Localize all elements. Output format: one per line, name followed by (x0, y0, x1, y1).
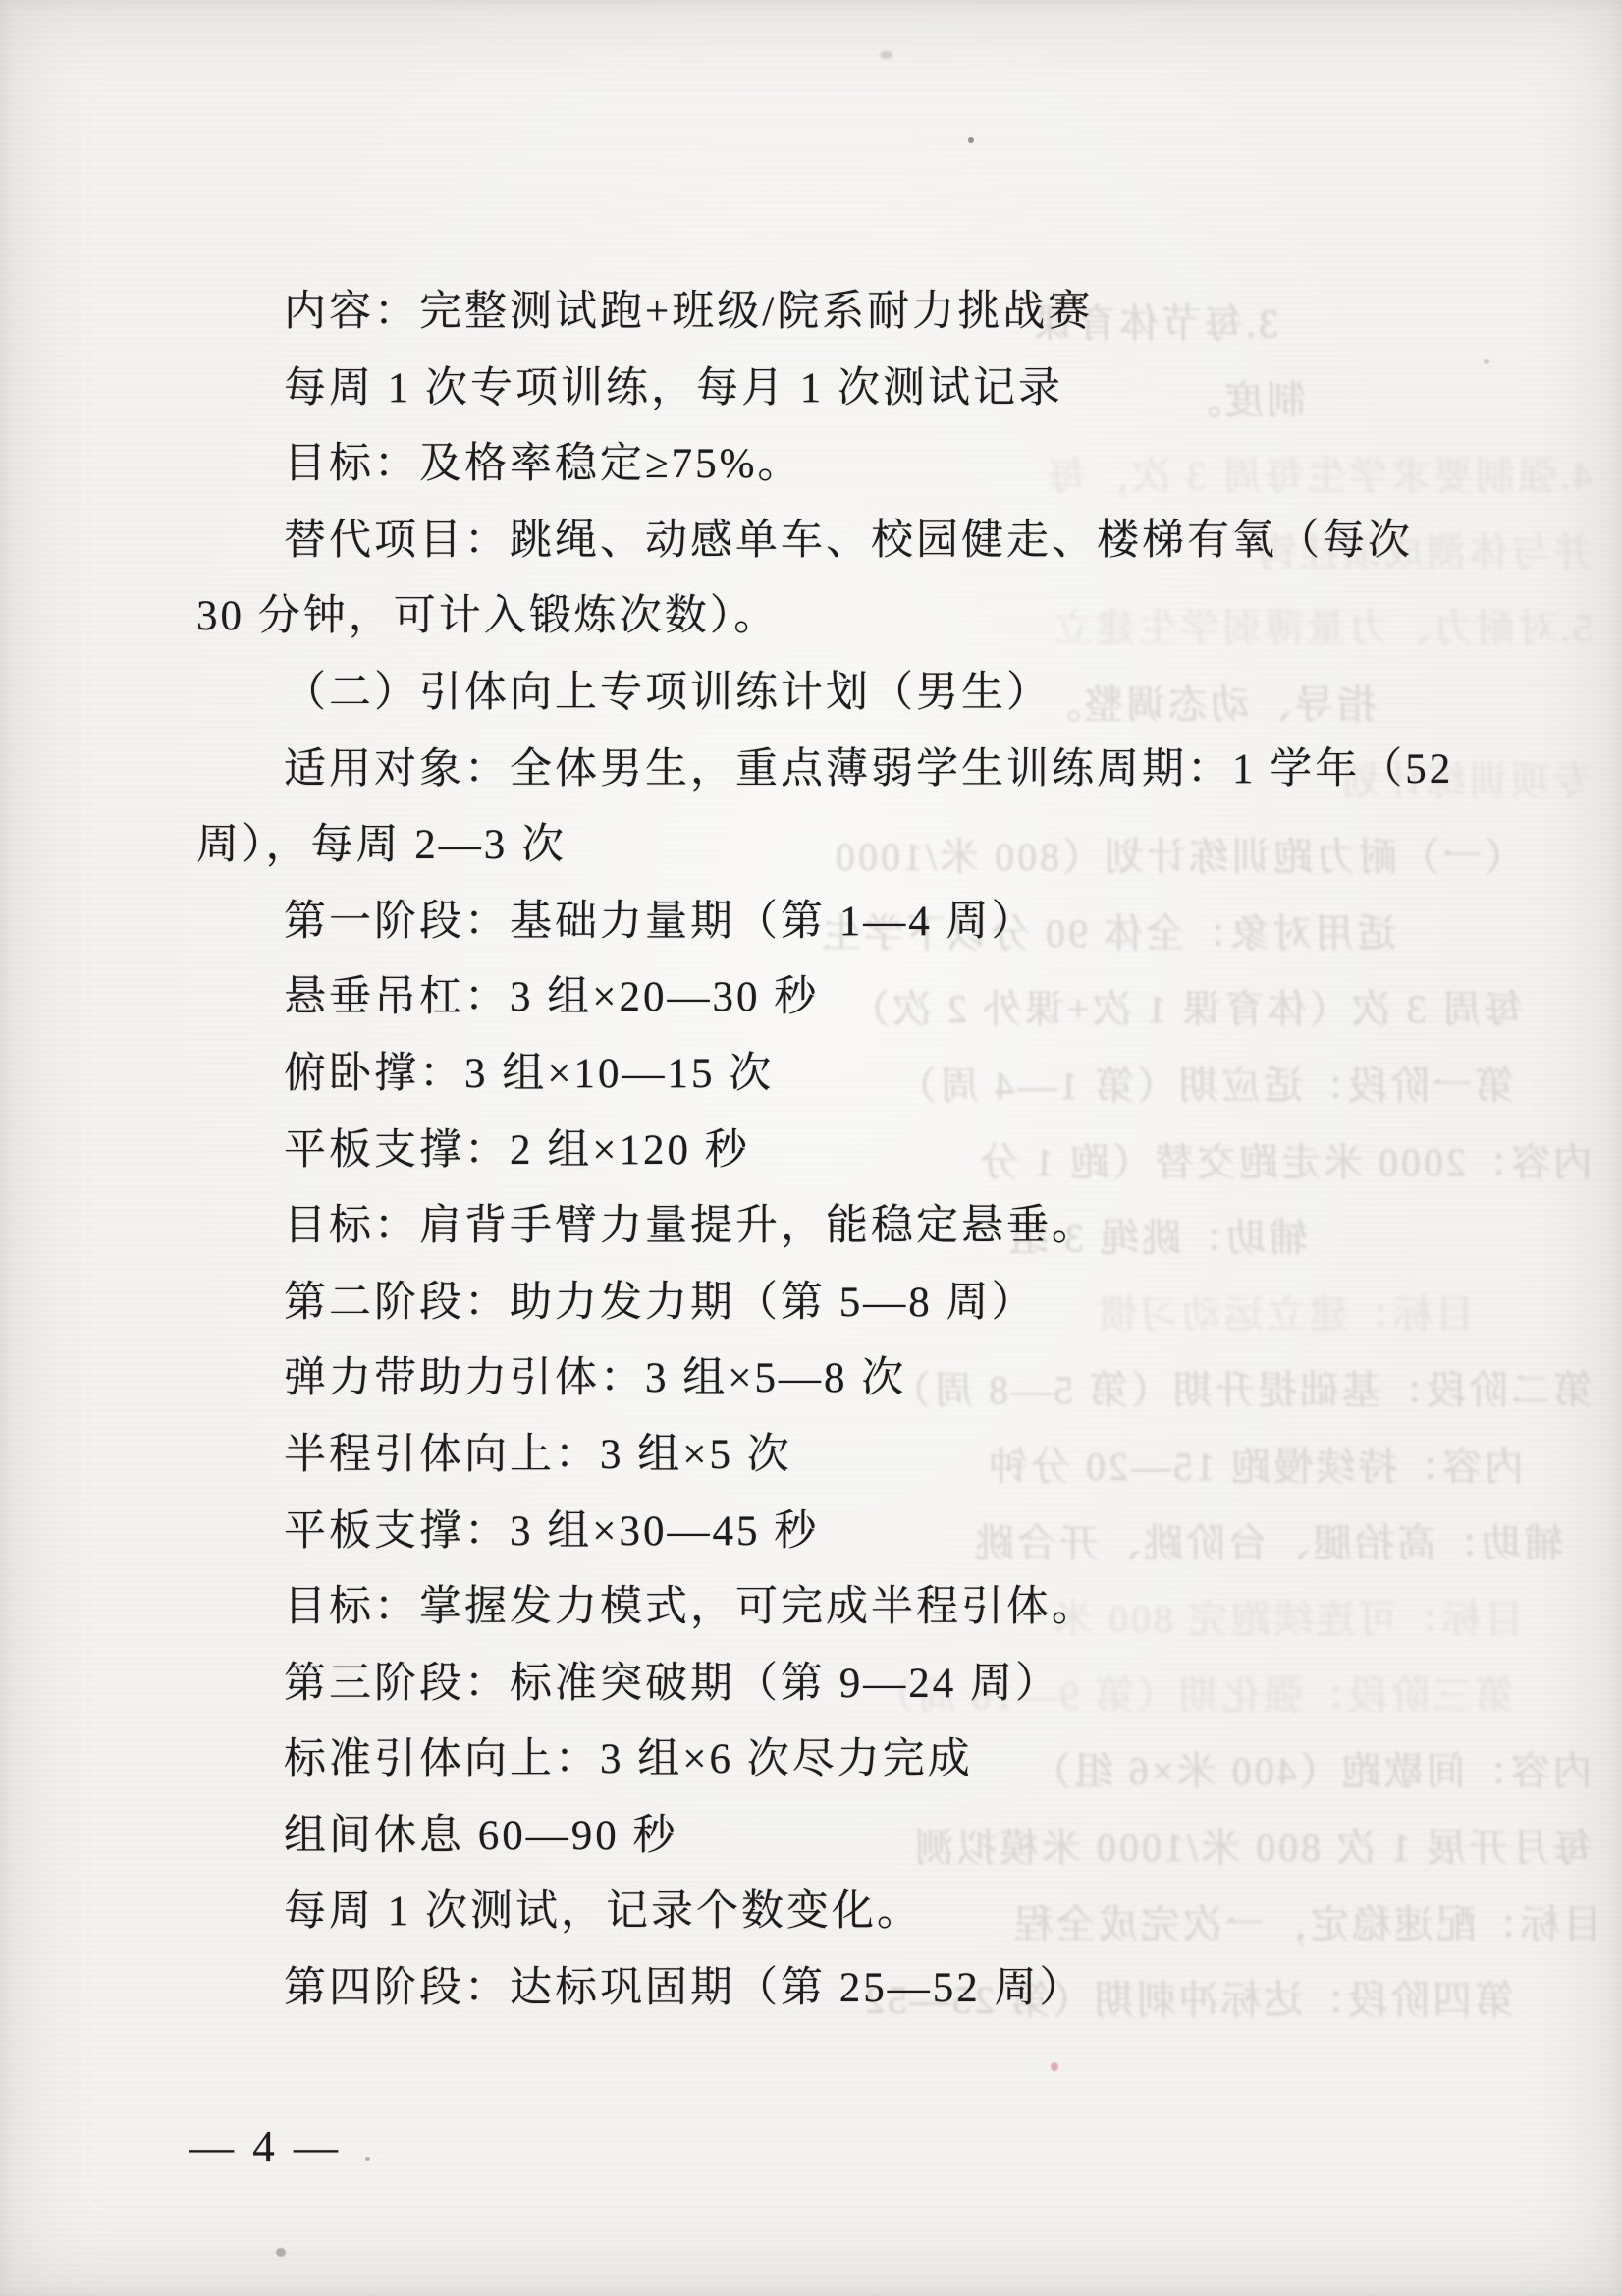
doc-line: 第四阶段：达标巩固期（第 25—52 周） (196, 1950, 1463, 2027)
doc-line: 弹力带助力引体：3 组×5—8 次 (196, 1340, 1463, 1417)
doc-line: 组间休息 60—90 秒 (196, 1798, 1463, 1875)
doc-line: 标准引体向上：3 组×6 次尽力完成 (196, 1722, 1463, 1798)
doc-line: 目标：及格率稳定≥75%。 (196, 426, 1463, 503)
doc-line: 悬垂吊杠：3 组×20—30 秒 (196, 959, 1463, 1036)
doc-line: 平板支撑：2 组×120 秒 (196, 1113, 1463, 1189)
doc-line: 适用对象：全体男生，重点薄弱学生训练周期：1 学年（52 (196, 732, 1463, 808)
doc-line: 替代项目：跳绳、动感单车、校园健走、楼梯有氧（每次 (196, 503, 1463, 579)
doc-line: （二）引体向上专项训练计划（男生） (196, 655, 1463, 732)
doc-line: 内容：完整测试跑+班级/院系耐力挑战赛 (196, 274, 1463, 351)
doc-line: 第三阶段：标准突破期（第 9—24 周） (196, 1646, 1463, 1722)
doc-line: 目标：掌握发力模式，可完成半程引体。 (196, 1569, 1463, 1646)
doc-line: 每周 1 次测试，记录个数变化。 (196, 1874, 1463, 1950)
scan-speck (1484, 359, 1489, 364)
doc-line: 周），每周 2—3 次 (196, 807, 1463, 884)
doc-line: 第一阶段：基础力量期（第 1—4 周） (196, 884, 1463, 960)
scanned-document-page: 3.每节体育课制度。4.强制要求学生每周 3 次，每并与体测成绩挂钩5.对耐力、… (0, 0, 1622, 2296)
doc-line: 第二阶段：助力发力期（第 5—8 周） (196, 1265, 1463, 1341)
doc-line: 30 分钟，可计入锻炼次数）。 (196, 578, 1463, 655)
scan-speck (276, 2248, 286, 2257)
scan-speck (365, 2157, 370, 2161)
doc-line: 俯卧撑：3 组×10—15 次 (196, 1036, 1463, 1113)
scan-speck (880, 51, 892, 59)
doc-line: 平板支撑：3 组×30—45 秒 (196, 1494, 1463, 1570)
scan-speck-pink (1051, 2062, 1058, 2071)
scan-speck (968, 137, 974, 143)
page-number: — 4 — (189, 2121, 342, 2172)
doc-line: 目标：肩背手臂力量提升，能稳定悬垂。 (196, 1188, 1463, 1265)
document-body-text: 内容：完整测试跑+班级/院系耐力挑战赛每周 1 次专项训练，每月 1 次测试记录… (196, 274, 1463, 2027)
doc-line: 每周 1 次专项训练，每月 1 次测试记录 (196, 351, 1463, 427)
doc-line: 半程引体向上：3 组×5 次 (196, 1417, 1463, 1494)
